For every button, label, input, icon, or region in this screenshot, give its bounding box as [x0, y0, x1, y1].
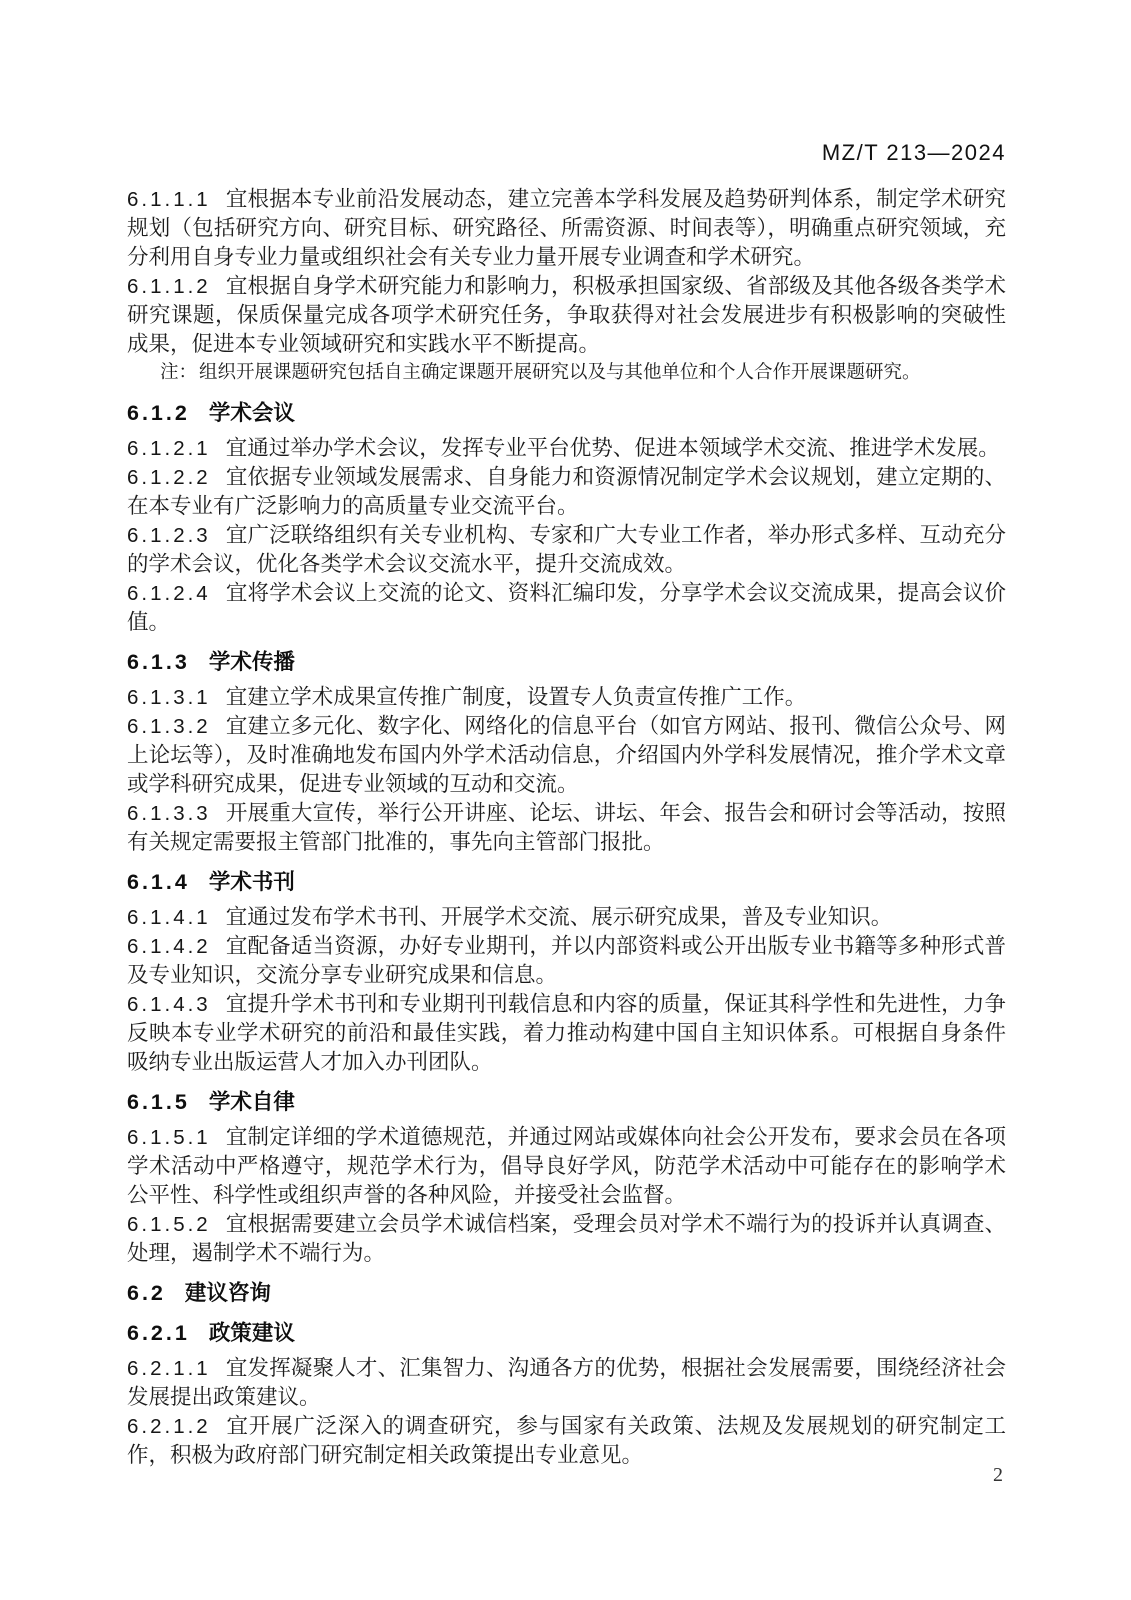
section-heading-6.1.4: 6.1.4学术书刊: [127, 868, 1006, 897]
clause-text: 宜建立学术成果宣传推广制度，设置专人负责宣传推广工作。: [226, 685, 807, 709]
heading-number: 6.2.1: [127, 1321, 190, 1345]
clause-number: 6.1.3.1: [127, 686, 211, 709]
clause-number: 6.1.2.2: [127, 466, 211, 489]
clause-number: 6.1.2.4: [127, 582, 211, 605]
clause-number: 6.1.4.2: [127, 935, 211, 958]
clause-number: 6.1.3.2: [127, 715, 211, 738]
clause-text: 宜发挥凝聚人才、汇集智力、沟通各方的优势，根据社会发展需要，围绕经济社会发展提出…: [127, 1356, 1006, 1409]
clause-6.1.2.4: 6.1.2.4宜将学术会议上交流的论文、资料汇编印发，分享学术会议交流成果，提高…: [127, 579, 1006, 637]
clause-text: 宜根据需要建立会员学术诚信档案，受理会员对学术不端行为的投诉并认真调查、处理，遏…: [127, 1212, 1006, 1265]
clause-text: 宜将学术会议上交流的论文、资料汇编印发，分享学术会议交流成果，提高会议价值。: [127, 581, 1006, 634]
heading-number: 6.2: [127, 1281, 166, 1305]
document-body: 6.1.1.1宜根据本专业前沿发展动态，建立完善本学科发展及趋势研判体系，制定学…: [127, 185, 1006, 1470]
document-page: MZ/T 213—2024 6.1.1.1宜根据本专业前沿发展动态，建立完善本学…: [0, 0, 1131, 1600]
clause-text: 宜制定详细的学术道德规范，并通过网站或媒体向社会公开发布，要求会员在各项学术活动…: [127, 1125, 1006, 1207]
clause-number: 6.1.1.1: [127, 188, 211, 211]
heading-title: 学术自律: [209, 1090, 295, 1114]
clause-6.1.4.2: 6.1.4.2宜配备适当资源，办好专业期刊，并以内部资料或公开出版专业书籍等多种…: [127, 932, 1006, 990]
clause-number: 6.1.2.1: [127, 437, 211, 460]
clause-6.1.1.2: 6.1.1.2宜根据自身学术研究能力和影响力，积极承担国家级、省部级及其他各级各…: [127, 272, 1006, 359]
section-heading-6.1.3: 6.1.3学术传播: [127, 648, 1006, 677]
heading-number: 6.1.2: [127, 401, 190, 425]
clause-text: 宜广泛联络组织有关专业机构、专家和广大专业工作者，举办形式多样、互动充分的学术会…: [127, 523, 1006, 576]
clause-number: 6.1.4.3: [127, 993, 211, 1016]
clause-6.1.2.1: 6.1.2.1宜通过举办学术会议，发挥专业平台优势、促进本领域学术交流、推进学术…: [127, 434, 1006, 463]
clause-6.1.2.3: 6.1.2.3宜广泛联络组织有关专业机构、专家和广大专业工作者，举办形式多样、互…: [127, 521, 1006, 579]
clause-6.1.2.2: 6.1.2.2宜依据专业领域发展需求、自身能力和资源情况制定学术会议规划，建立定…: [127, 463, 1006, 521]
section-heading-6.1.5: 6.1.5学术自律: [127, 1088, 1006, 1117]
clause-6.1.3.3: 6.1.3.3开展重大宣传，举行公开讲座、论坛、讲坛、年会、报告会和研讨会等活动…: [127, 799, 1006, 857]
clause-text: 宜通过举办学术会议，发挥专业平台优势、促进本领域学术交流、推进学术发展。: [226, 436, 1000, 460]
clause-text: 宜开展广泛深入的调查研究，参与国家有关政策、法规及发展规划的研究制定工作，积极为…: [127, 1414, 1006, 1467]
standard-number: MZ/T 213—2024: [822, 140, 1006, 165]
clause-6.2.1.1: 6.2.1.1宜发挥凝聚人才、汇集智力、沟通各方的优势，根据社会发展需要，围绕经…: [127, 1354, 1006, 1412]
page-footer: 2: [993, 1464, 1003, 1487]
heading-number: 6.1.5: [127, 1090, 190, 1114]
clause-number: 6.1.5.2: [127, 1213, 211, 1236]
clause-text: 宜建立多元化、数字化、网络化的信息平台（如官方网站、报刊、微信公众号、网上论坛等…: [127, 714, 1006, 796]
clause-text: 开展重大宣传，举行公开讲座、论坛、讲坛、年会、报告会和研讨会等活动，按照有关规定…: [127, 801, 1006, 854]
section-heading-6.2.1: 6.2.1政策建议: [127, 1319, 1006, 1348]
clause-text: 宜提升学术书刊和专业期刊刊载信息和内容的质量，保证其科学性和先进性，力争反映本专…: [127, 992, 1006, 1074]
clause-number: 6.2.1.1: [127, 1357, 211, 1380]
note-text: 组织开展课题研究包括自主确定课题开展研究以及与其他单位和个人合作开展课题研究。: [199, 363, 921, 383]
heading-title: 学术传播: [209, 650, 295, 674]
clause-6.1.3.2: 6.1.3.2宜建立多元化、数字化、网络化的信息平台（如官方网站、报刊、微信公众…: [127, 712, 1006, 799]
clause-number: 6.1.5.1: [127, 1126, 211, 1149]
clause-number: 6.2.1.2: [127, 1415, 211, 1438]
clause-number: 6.1.3.3: [127, 802, 211, 825]
heading-title: 建议咨询: [185, 1281, 271, 1305]
clause-6.1.5.1: 6.1.5.1宜制定详细的学术道德规范，并通过网站或媒体向社会公开发布，要求会员…: [127, 1123, 1006, 1210]
page-number: 2: [993, 1464, 1003, 1486]
heading-title: 学术书刊: [209, 870, 295, 894]
clause-6.1.1.1: 6.1.1.1宜根据本专业前沿发展动态，建立完善本学科发展及趋势研判体系，制定学…: [127, 185, 1006, 272]
clause-6.1.5.2: 6.1.5.2宜根据需要建立会员学术诚信档案，受理会员对学术不端行为的投诉并认真…: [127, 1210, 1006, 1268]
clause-text: 宜依据专业领域发展需求、自身能力和资源情况制定学术会议规划，建立定期的、在本专业…: [127, 465, 1006, 518]
clause-number: 6.1.2.3: [127, 524, 211, 547]
heading-number: 6.1.4: [127, 870, 190, 894]
clause-6.1.3.1: 6.1.3.1宜建立学术成果宣传推广制度，设置专人负责宣传推广工作。: [127, 683, 1006, 712]
clause-text: 宜配备适当资源，办好专业期刊，并以内部资料或公开出版专业书籍等多种形式普及专业知…: [127, 934, 1006, 987]
note-label: 注：: [160, 363, 197, 383]
note-paragraph: 注：组织开展课题研究包括自主确定课题开展研究以及与其他单位和个人合作开展课题研究…: [127, 359, 1006, 388]
clause-6.1.4.3: 6.1.4.3宜提升学术书刊和专业期刊刊载信息和内容的质量，保证其科学性和先进性…: [127, 990, 1006, 1077]
clause-number: 6.1.1.2: [127, 275, 211, 298]
clause-6.2.1.2: 6.2.1.2宜开展广泛深入的调查研究，参与国家有关政策、法规及发展规划的研究制…: [127, 1412, 1006, 1470]
heading-title: 政策建议: [209, 1321, 295, 1345]
clause-6.1.4.1: 6.1.4.1宜通过发布学术书刊、开展学术交流、展示研究成果，普及专业知识。: [127, 903, 1006, 932]
section-heading-6.1.2: 6.1.2学术会议: [127, 399, 1006, 428]
clause-text: 宜通过发布学术书刊、开展学术交流、展示研究成果，普及专业知识。: [226, 905, 893, 929]
section-heading-6.2: 6.2建议咨询: [127, 1279, 1006, 1308]
heading-number: 6.1.3: [127, 650, 190, 674]
clause-text: 宜根据自身学术研究能力和影响力，积极承担国家级、省部级及其他各级各类学术研究课题…: [127, 274, 1006, 356]
page-header: MZ/T 213—2024: [127, 141, 1006, 165]
heading-title: 学术会议: [209, 401, 295, 425]
clause-number: 6.1.4.1: [127, 906, 211, 929]
clause-text: 宜根据本专业前沿发展动态，建立完善本学科发展及趋势研判体系，制定学术研究规划（包…: [127, 187, 1006, 269]
